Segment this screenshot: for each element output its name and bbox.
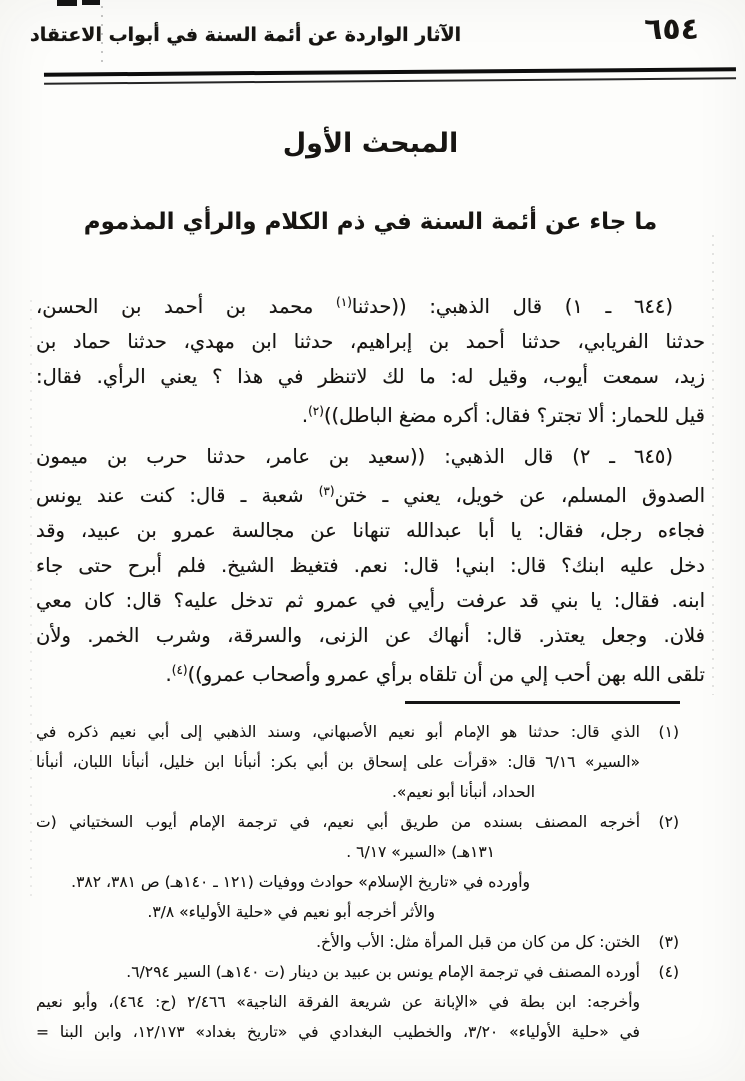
footnote-line: وأورده في «تاريخ الإسلام» حوادث ووفيات (… bbox=[36, 867, 640, 897]
footnote-line: ١٣١هـ) «السير» ٦/١٧ . bbox=[36, 837, 640, 867]
footnote-marker: (٣) bbox=[649, 927, 679, 957]
text-line: ابنه. فقال: يا بني قد عرفت رأيي في عمرو … bbox=[36, 583, 705, 618]
text-segment: فجاءه رجل، فقال: يا أبا عبدالله تنهانا ع… bbox=[36, 519, 705, 542]
footnotes: (١)الذي قال: حدثنا هو الإمام أبو نعيم ال… bbox=[36, 717, 705, 1047]
paragraph: (٦٤٤ ـ ١) قال الذهبي: ((حدثنا(١) محمد بن… bbox=[36, 285, 705, 433]
footnote: (٣)الختن: كل من كان من قبل المرأة مثل: ا… bbox=[36, 927, 679, 957]
footnote-text: الختن: كل من كان من قبل المرأة مثل: الأب… bbox=[36, 927, 640, 957]
text-segment: الصدوق المسلم، عن خويل، يعني ـ ختن bbox=[335, 484, 705, 507]
text-line: دخل عليه ابنك؟ قال: ابني! قال: نعم. فتغي… bbox=[36, 548, 705, 583]
footnote-line: وأخرجه: ابن بطة في «الإبانة عن شريعة الف… bbox=[36, 987, 640, 1017]
footnote-ref: (٣) bbox=[319, 484, 335, 498]
chapter-title: ما جاء عن أئمة السنة في ذم الكلام والرأي… bbox=[36, 209, 705, 235]
footnote-line: الحداد، أنبأنا أبو نعيم». bbox=[36, 777, 640, 807]
footnote-marker: (٤) bbox=[649, 957, 679, 987]
footnote-text: أورده المصنف في ترجمة الإمام يونس بن عبي… bbox=[36, 957, 640, 1047]
footnote-marker: (٢) bbox=[649, 807, 679, 837]
footnote-line: «السير» ٦/١٦ قال: «قرأت على إسحاق بن أبي… bbox=[36, 747, 640, 777]
text-segment: حدثنا الفريابي، حدثنا أحمد بن إبراهيم، ح… bbox=[36, 330, 705, 353]
text-segment: (٦٤٥ ـ ٢) قال الذهبي: ((سعيد بن عامر، حد… bbox=[36, 445, 673, 468]
footnote-text: الذي قال: حدثنا هو الإمام أبو نعيم الأصب… bbox=[36, 717, 640, 807]
footnote-separator bbox=[405, 701, 680, 704]
footnote-ref: (٢) bbox=[308, 404, 324, 418]
body-text: (٦٤٤ ـ ١) قال الذهبي: ((حدثنا(١) محمد بن… bbox=[36, 285, 705, 692]
footnote-text: أخرجه المصنف بسنده من طريق أبي نعيم، في … bbox=[36, 807, 640, 927]
text-segment: تلقى الله بهن أحب إلي من أن تلقاه برأي ع… bbox=[188, 663, 705, 686]
text-segment: قيل للحمار: ألا تجتر؟ فقال: أكره مضغ الب… bbox=[324, 404, 705, 427]
footnote-line: الختن: كل من كان من قبل المرأة مثل: الأب… bbox=[36, 927, 640, 957]
text-segment: شعبة ـ قال: كنت عند يونس bbox=[36, 484, 319, 507]
text-line: فجاءه رجل، فقال: يا أبا عبدالله تنهانا ع… bbox=[36, 513, 705, 548]
text-segment: محمد بن أحمد بن الحسن، bbox=[36, 295, 336, 318]
book-page: الآثار الواردة عن أئمة السنة في أبواب ال… bbox=[0, 0, 745, 1081]
text-line: (٦٤٥ ـ ٢) قال الذهبي: ((سعيد بن عامر، حد… bbox=[36, 439, 705, 474]
header-rule bbox=[44, 67, 736, 84]
text-segment: (٦٤٤ ـ ١) قال الذهبي: ((حدثنا bbox=[352, 295, 673, 318]
text-segment: فلان. وجعل يعتذر. قال: أنهاك عن الزنى، و… bbox=[36, 624, 705, 647]
scan-artifact bbox=[712, 235, 714, 695]
text-line: (٦٤٤ ـ ١) قال الذهبي: ((حدثنا(١) محمد بن… bbox=[36, 285, 705, 324]
running-head-title: الآثار الواردة عن أئمة السنة في أبواب ال… bbox=[30, 24, 461, 46]
text-segment: زيد، سمعت أيوب، وقيل له: ما لك لاتنظر في… bbox=[36, 365, 705, 388]
paragraph: (٦٤٥ ـ ٢) قال الذهبي: ((سعيد بن عامر، حد… bbox=[36, 439, 705, 692]
scan-artifact bbox=[82, 0, 100, 5]
footnote: (١)الذي قال: حدثنا هو الإمام أبو نعيم ال… bbox=[36, 717, 679, 807]
text-segment: ابنه. فقال: يا بني قد عرفت رأيي في عمرو … bbox=[36, 589, 705, 612]
text-line: حدثنا الفريابي، حدثنا أحمد بن إبراهيم، ح… bbox=[36, 324, 705, 359]
footnote-ref: (١) bbox=[336, 295, 352, 309]
scan-artifact bbox=[57, 0, 77, 6]
footnote-line: الذي قال: حدثنا هو الإمام أبو نعيم الأصب… bbox=[36, 717, 640, 747]
page-number: ٦٥٤ bbox=[644, 12, 699, 47]
footnote-line: أخرجه المصنف بسنده من طريق أبي نعيم، في … bbox=[36, 807, 640, 837]
text-line: تلقى الله بهن أحب إلي من أن تلقاه برأي ع… bbox=[36, 653, 705, 692]
footnote-line: والأثر أخرجه أبو نعيم في «حلية الأولياء»… bbox=[36, 897, 640, 927]
footnote: (٢)أخرجه المصنف بسنده من طريق أبي نعيم، … bbox=[36, 807, 679, 927]
text-line: فلان. وجعل يعتذر. قال: أنهاك عن الزنى، و… bbox=[36, 618, 705, 653]
text-line: زيد، سمعت أيوب، وقيل له: ما لك لاتنظر في… bbox=[36, 359, 705, 394]
text-segment: دخل عليه ابنك؟ قال: ابني! قال: نعم. فتغي… bbox=[36, 554, 705, 577]
text-line: قيل للحمار: ألا تجتر؟ فقال: أكره مضغ الب… bbox=[36, 394, 705, 433]
page-content: المبحث الأول ما جاء عن أئمة السنة في ذم … bbox=[36, 128, 705, 1047]
footnote-ref: (٤) bbox=[172, 663, 188, 677]
footnote-line: أورده المصنف في ترجمة الإمام يونس بن عبي… bbox=[36, 957, 640, 987]
section-title: المبحث الأول bbox=[36, 128, 705, 159]
text-line: الصدوق المسلم، عن خويل، يعني ـ ختن(٣) شع… bbox=[36, 474, 705, 513]
footnote-marker: (١) bbox=[649, 717, 679, 747]
footnote-line: في «حلية الأولياء» ٣/٢٠، والخطيب البغداد… bbox=[36, 1017, 640, 1047]
scan-artifact bbox=[30, 300, 32, 900]
footnote: (٤)أورده المصنف في ترجمة الإمام يونس بن … bbox=[36, 957, 679, 1047]
